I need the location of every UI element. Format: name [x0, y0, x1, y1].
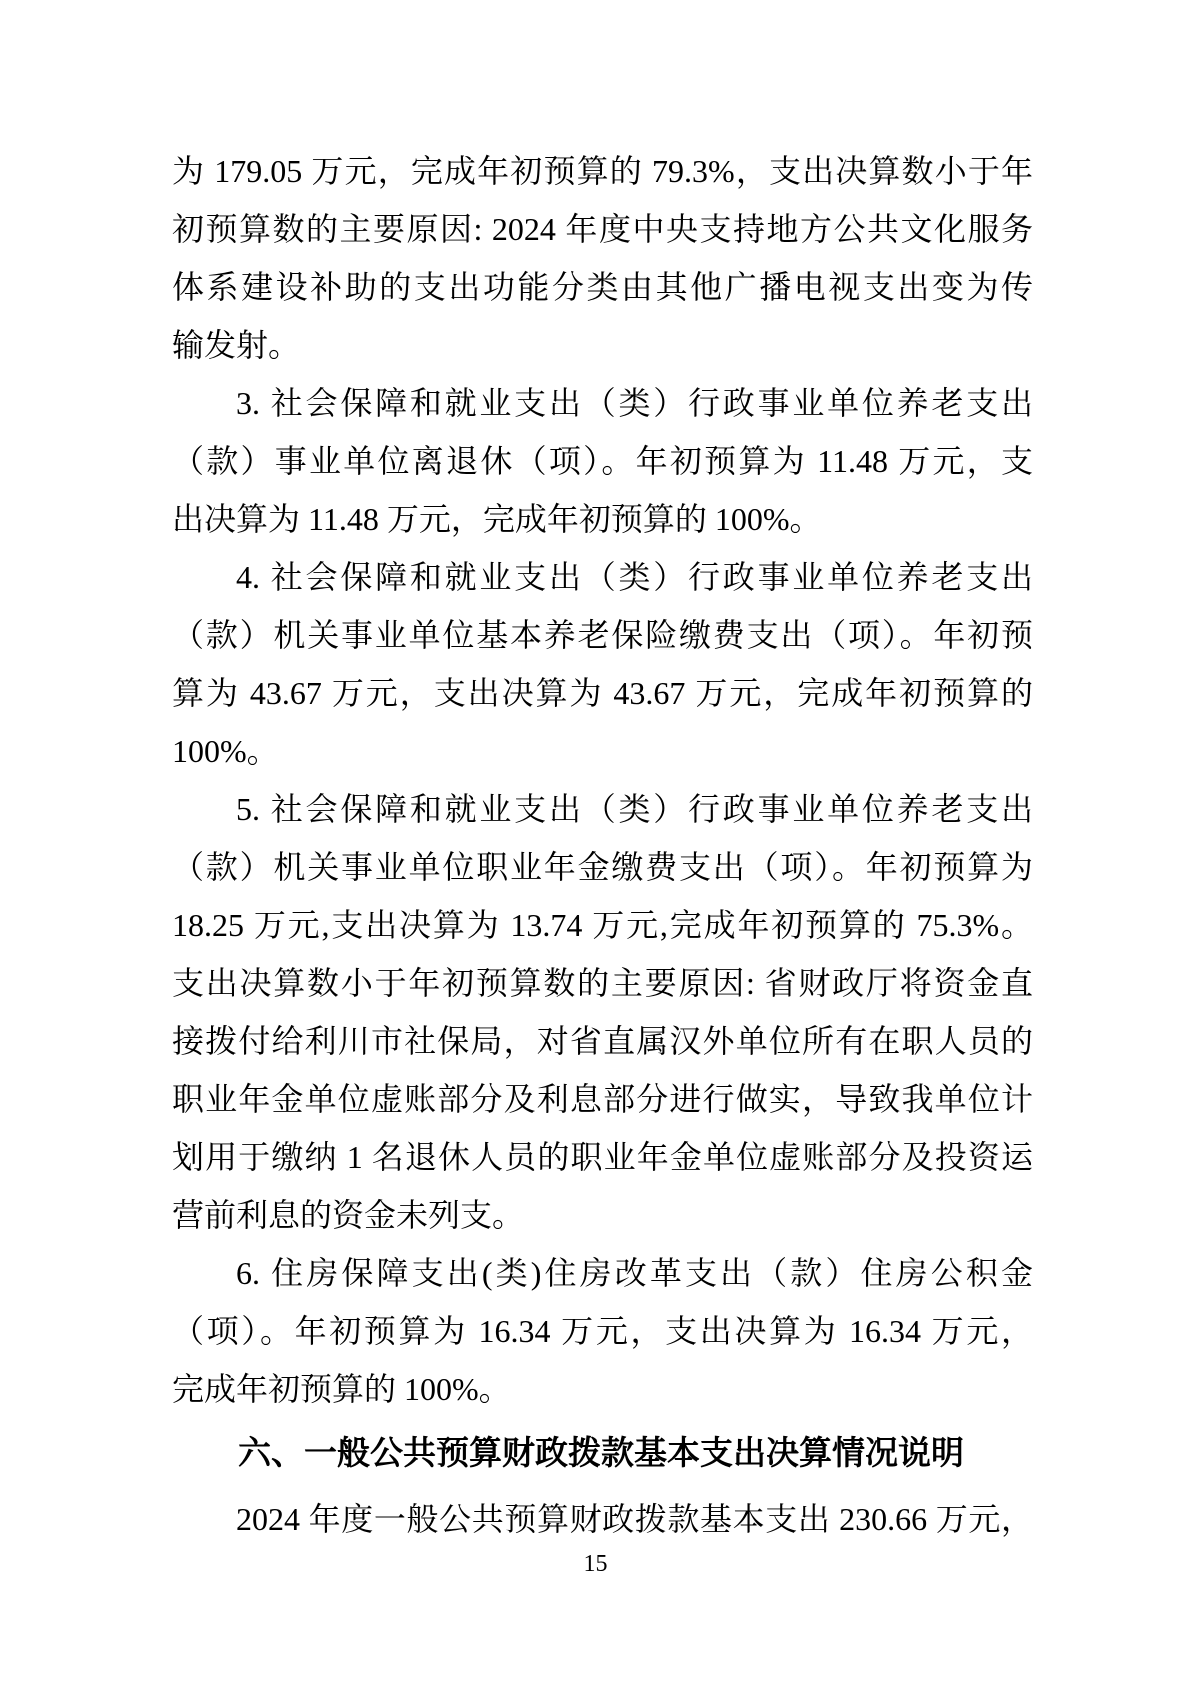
- text-line: 6. 住房保障支出(类)住房改革支出（款）住房公积金: [172, 1244, 1033, 1302]
- para-item-2-continuation: 为 179.05 万元，完成年初预算的 79.3%，支出决算数小于年初预算数的主…: [172, 142, 1033, 374]
- text-line: 2024 年度一般公共预算财政拨款基本支出 230.66 万元，: [172, 1490, 1033, 1548]
- text-line: 支出决算数小于年初预算数的主要原因: 省财政厅将资金直: [172, 954, 1033, 1012]
- text-line: 为 179.05 万元，完成年初预算的 79.3%，支出决算数小于年: [172, 142, 1033, 200]
- text-line: （款）机关事业单位职业年金缴费支出（项）。年初预算为: [172, 838, 1033, 896]
- text-line: 接拨付给利川市社保局，对省直属汉外单位所有在职人员的: [172, 1012, 1033, 1070]
- para-item-3: 3. 社会保障和就业支出（类）行政事业单位养老支出（款）事业单位离退休（项）。年…: [172, 374, 1033, 548]
- text-line: （款）事业单位离退休（项）。年初预算为 11.48 万元，支: [172, 432, 1033, 490]
- text-line: 体系建设补助的支出功能分类由其他广播电视支出变为传: [172, 258, 1033, 316]
- document-content: 为 179.05 万元，完成年初预算的 79.3%，支出决算数小于年初预算数的主…: [172, 142, 1033, 1548]
- text-line: （项）。年初预算为 16.34 万元，支出决算为 16.34 万元，: [172, 1302, 1033, 1360]
- text-line: 初预算数的主要原因: 2024 年度中央支持地方公共文化服务: [172, 200, 1033, 258]
- text-line: 18.25 万元,支出决算为 13.74 万元,完成年初预算的 75.3%。: [172, 896, 1033, 954]
- heading-section-6: 六、一般公共预算财政拨款基本支出决算情况说明: [172, 1424, 1033, 1482]
- text-line: 4. 社会保障和就业支出（类）行政事业单位养老支出: [172, 548, 1033, 606]
- text-line: 5. 社会保障和就业支出（类）行政事业单位养老支出: [172, 780, 1033, 838]
- text-line: 100%。: [172, 722, 1033, 780]
- text-line: 3. 社会保障和就业支出（类）行政事业单位养老支出: [172, 374, 1033, 432]
- para-item-6: 6. 住房保障支出(类)住房改革支出（款）住房公积金（项）。年初预算为 16.3…: [172, 1244, 1033, 1418]
- text-line: 输发射。: [172, 316, 1033, 374]
- para-item-4: 4. 社会保障和就业支出（类）行政事业单位养老支出（款）机关事业单位基本养老保险…: [172, 548, 1033, 780]
- page-footer: 15: [0, 1548, 1191, 1580]
- text-line: 划用于缴纳 1 名退休人员的职业年金单位虚账部分及投资运: [172, 1128, 1033, 1186]
- text-line: 出决算为 11.48 万元，完成年初预算的 100%。: [172, 490, 1033, 548]
- text-line: 营前利息的资金未列支。: [172, 1186, 1033, 1244]
- para-item-5: 5. 社会保障和就业支出（类）行政事业单位养老支出（款）机关事业单位职业年金缴费…: [172, 780, 1033, 1244]
- text-line: 算为 43.67 万元，支出决算为 43.67 万元，完成年初预算的: [172, 664, 1033, 722]
- para-section-6-intro: 2024 年度一般公共预算财政拨款基本支出 230.66 万元，: [172, 1490, 1033, 1548]
- text-line: （款）机关事业单位基本养老保险缴费支出（项）。年初预: [172, 606, 1033, 664]
- section-heading-text: 六、一般公共预算财政拨款基本支出决算情况说明: [172, 1424, 1033, 1482]
- text-line: 完成年初预算的 100%。: [172, 1360, 1033, 1418]
- page-number: 15: [584, 1551, 608, 1577]
- document-page: 为 179.05 万元，完成年初预算的 79.3%，支出决算数小于年初预算数的主…: [0, 0, 1191, 1684]
- text-line: 职业年金单位虚账部分及利息部分进行做实，导致我单位计: [172, 1070, 1033, 1128]
